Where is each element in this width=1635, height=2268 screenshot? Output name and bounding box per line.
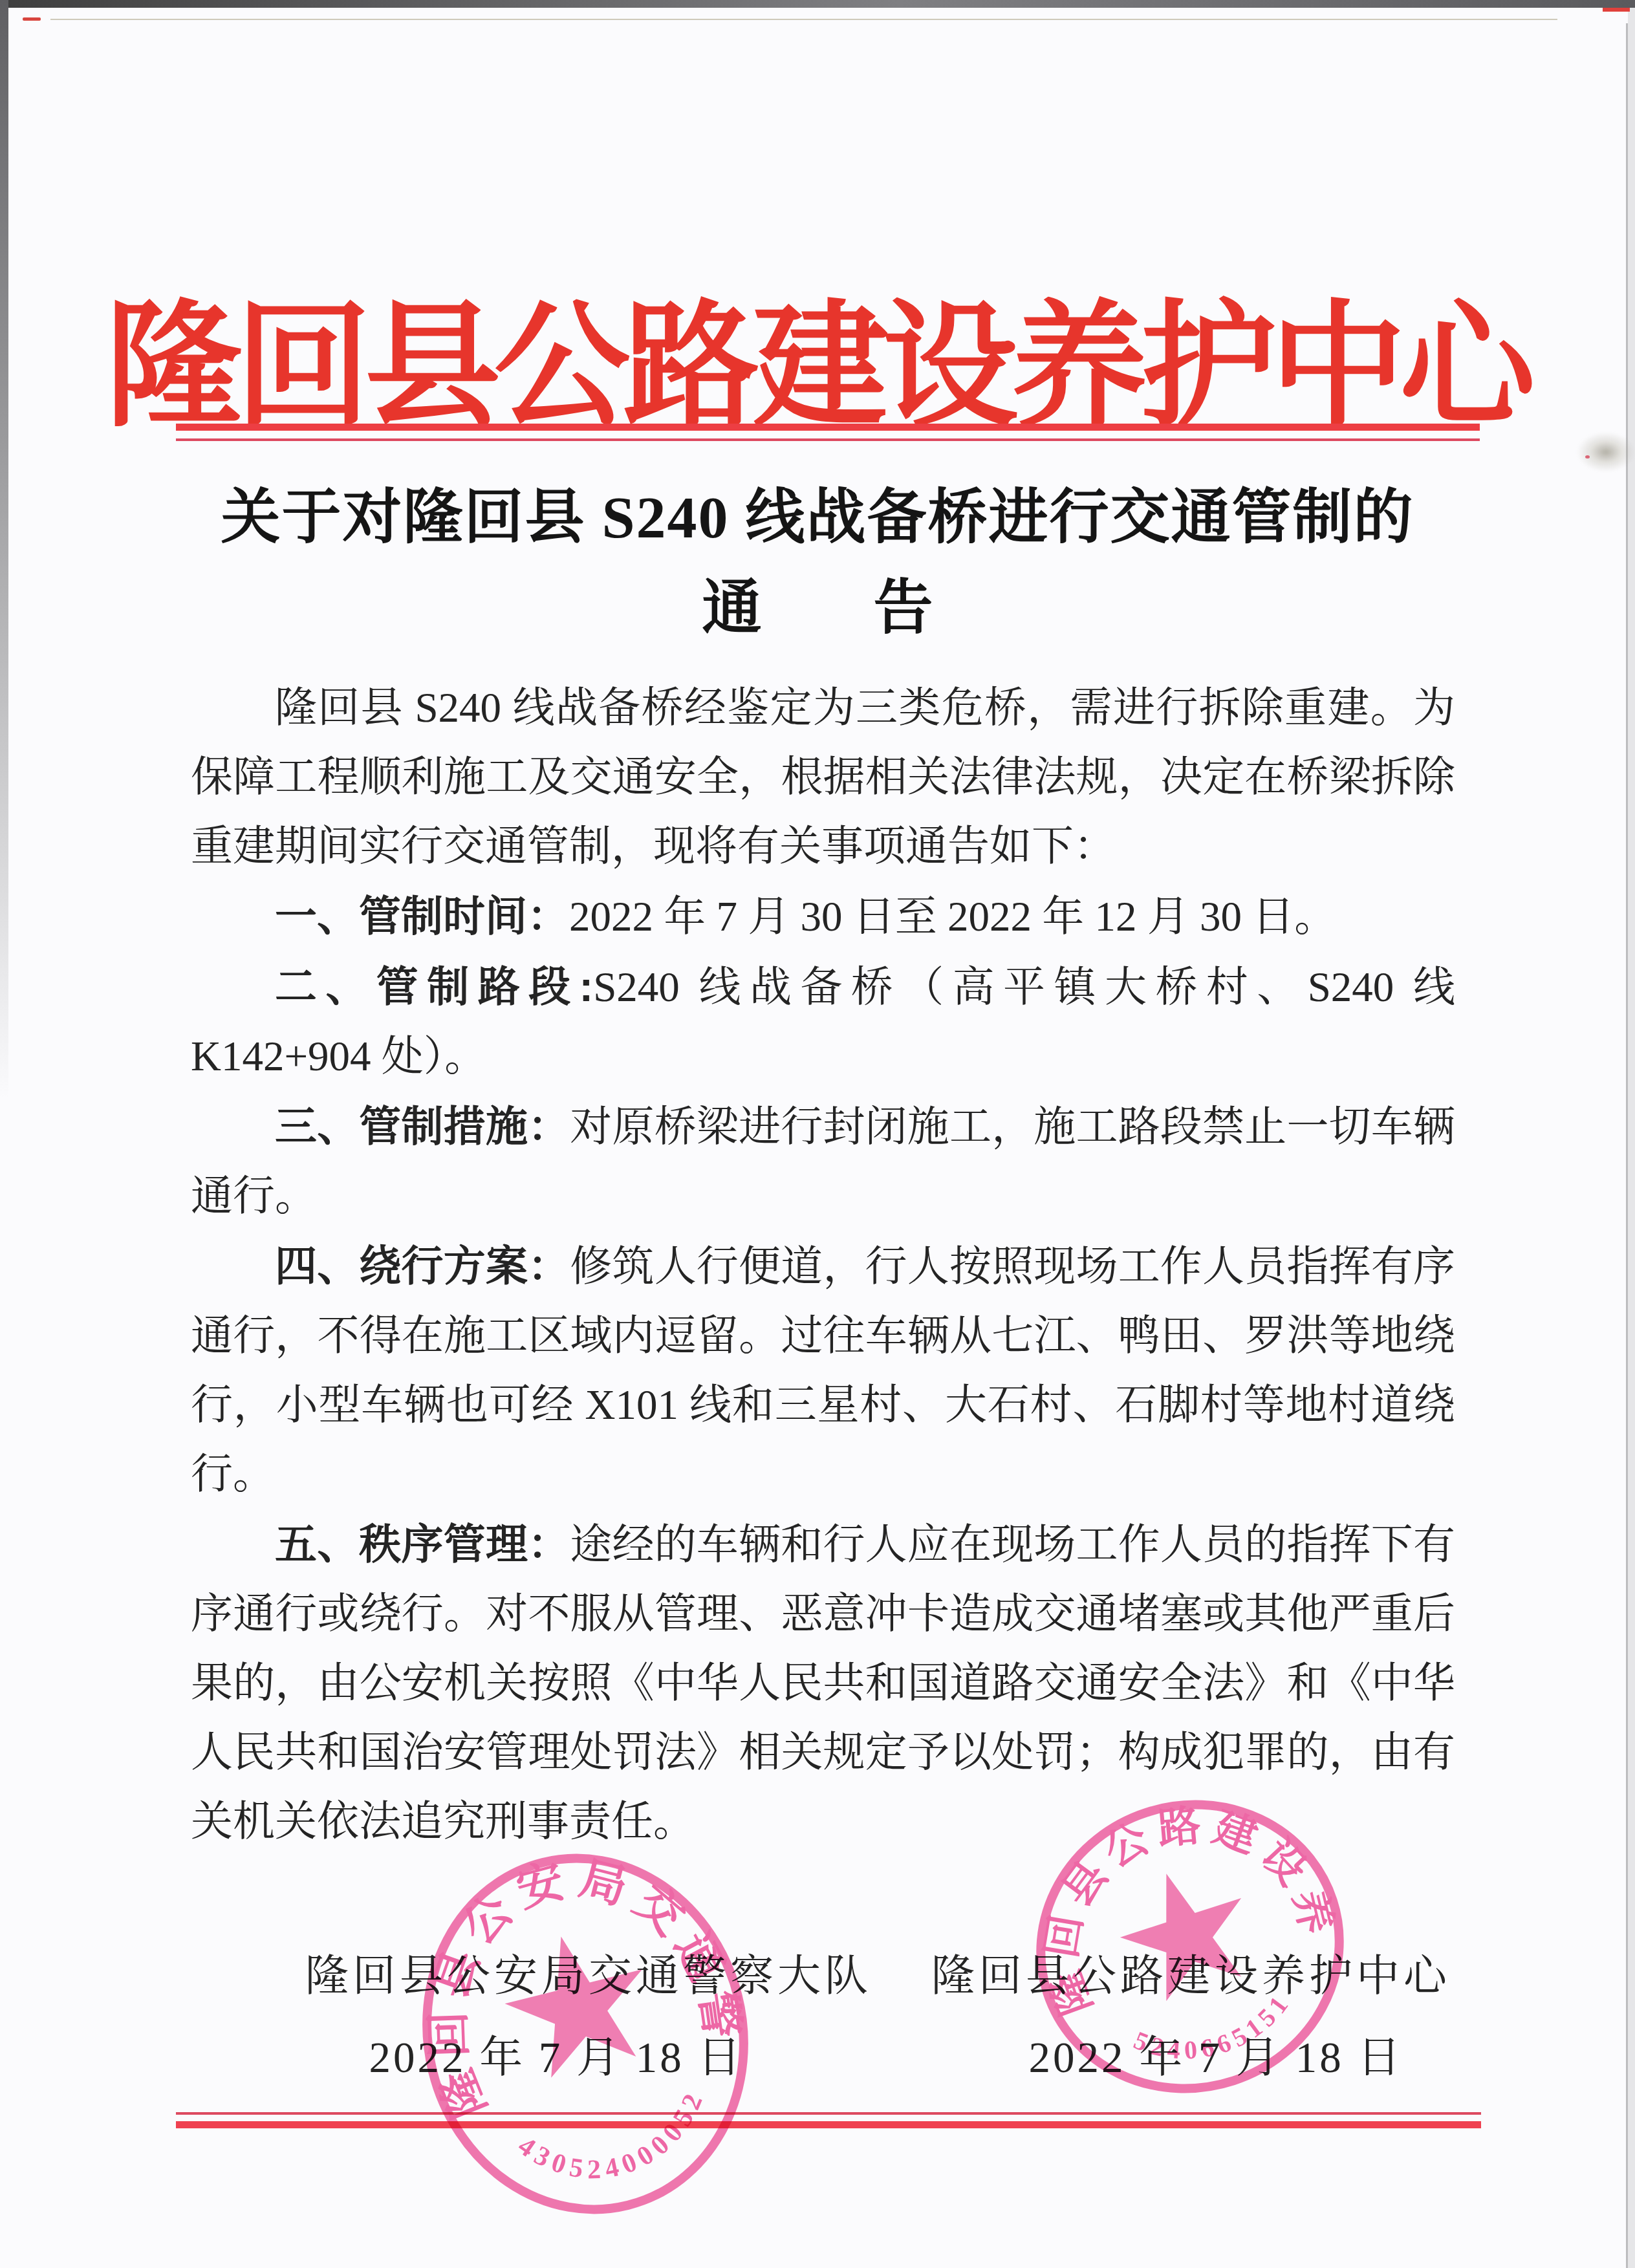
seal-serial-number: 5240665151 bbox=[1123, 1978, 1306, 2086]
svg-text:5240665151: 5240665151 bbox=[1123, 1978, 1306, 2086]
notice-title-line2: 通 告 bbox=[0, 560, 1635, 645]
star-icon bbox=[1106, 1854, 1264, 2009]
scanned-notice-page: 隆回县公路建设养护中心 关于对隆回县 S240 线战备桥进行交通管制的 通 告 … bbox=[0, 0, 1635, 2268]
paragraph-control-section: 二、管制路段:S240 线战备桥（高平镇大桥村、S240 线 K142+904 … bbox=[191, 952, 1455, 1092]
letterhead-rule-thin bbox=[176, 438, 1480, 441]
star-icon bbox=[492, 1919, 662, 2084]
paragraph-text: 隆回县 S240 线战备桥经鉴定为三类危桥，需进行拆除重建。为保障工程顺利施工及… bbox=[191, 685, 1455, 870]
paragraph-control-time: 一、管制时间：2022 年 7 月 30 日至 2022 年 12 月 30 日… bbox=[191, 881, 1455, 952]
paragraph-control-measures: 三、管制措施：对原桥梁进行封闭施工，施工路段禁止一切车辆通行。 bbox=[191, 1092, 1455, 1231]
paragraph-lead: 一、管制时间： bbox=[275, 892, 569, 940]
official-seal-police: 隆回县公安局交通警察大队 4305240000524 bbox=[359, 1808, 812, 2260]
paragraph-intro: 隆回县 S240 线战备桥经鉴定为三类危桥，需进行拆除重建。为保障工程顺利施工及… bbox=[191, 673, 1455, 881]
paragraph-lead: 四、绕行方案： bbox=[275, 1242, 570, 1290]
paragraph-detour-plan: 四、绕行方案：修筑人行便道，行人按照现场工作人员指挥有序通行，不得在施工区域内逗… bbox=[191, 1231, 1455, 1509]
paragraph-text: 2022 年 7 月 30 日至 2022 年 12 月 30 日。 bbox=[569, 894, 1336, 940]
paragraph-lead: 二、管制路段: bbox=[275, 963, 593, 1010]
scan-top-edge bbox=[0, 0, 1635, 8]
notice-title-line1: 关于对隆回县 S240 线战备桥进行交通管制的 bbox=[0, 470, 1635, 555]
paragraph-lead: 五、秩序管理： bbox=[275, 1520, 570, 1568]
red-mark-top-right bbox=[1603, 8, 1630, 12]
paragraph-lead: 三、管制措施： bbox=[275, 1103, 570, 1150]
page-top-edge-line bbox=[50, 19, 1557, 20]
notice-body: 隆回县 S240 线战备桥经鉴定为三类危桥，需进行拆除重建。为保障工程顺利施工及… bbox=[191, 673, 1455, 1857]
red-mark-top-left bbox=[23, 17, 41, 21]
letterhead-rule-thick bbox=[176, 424, 1480, 431]
scan-smudge-dot bbox=[1585, 455, 1590, 459]
official-seal-highway-center: 隆回县公路建设养护中心 5240665151 bbox=[990, 1746, 1391, 2147]
